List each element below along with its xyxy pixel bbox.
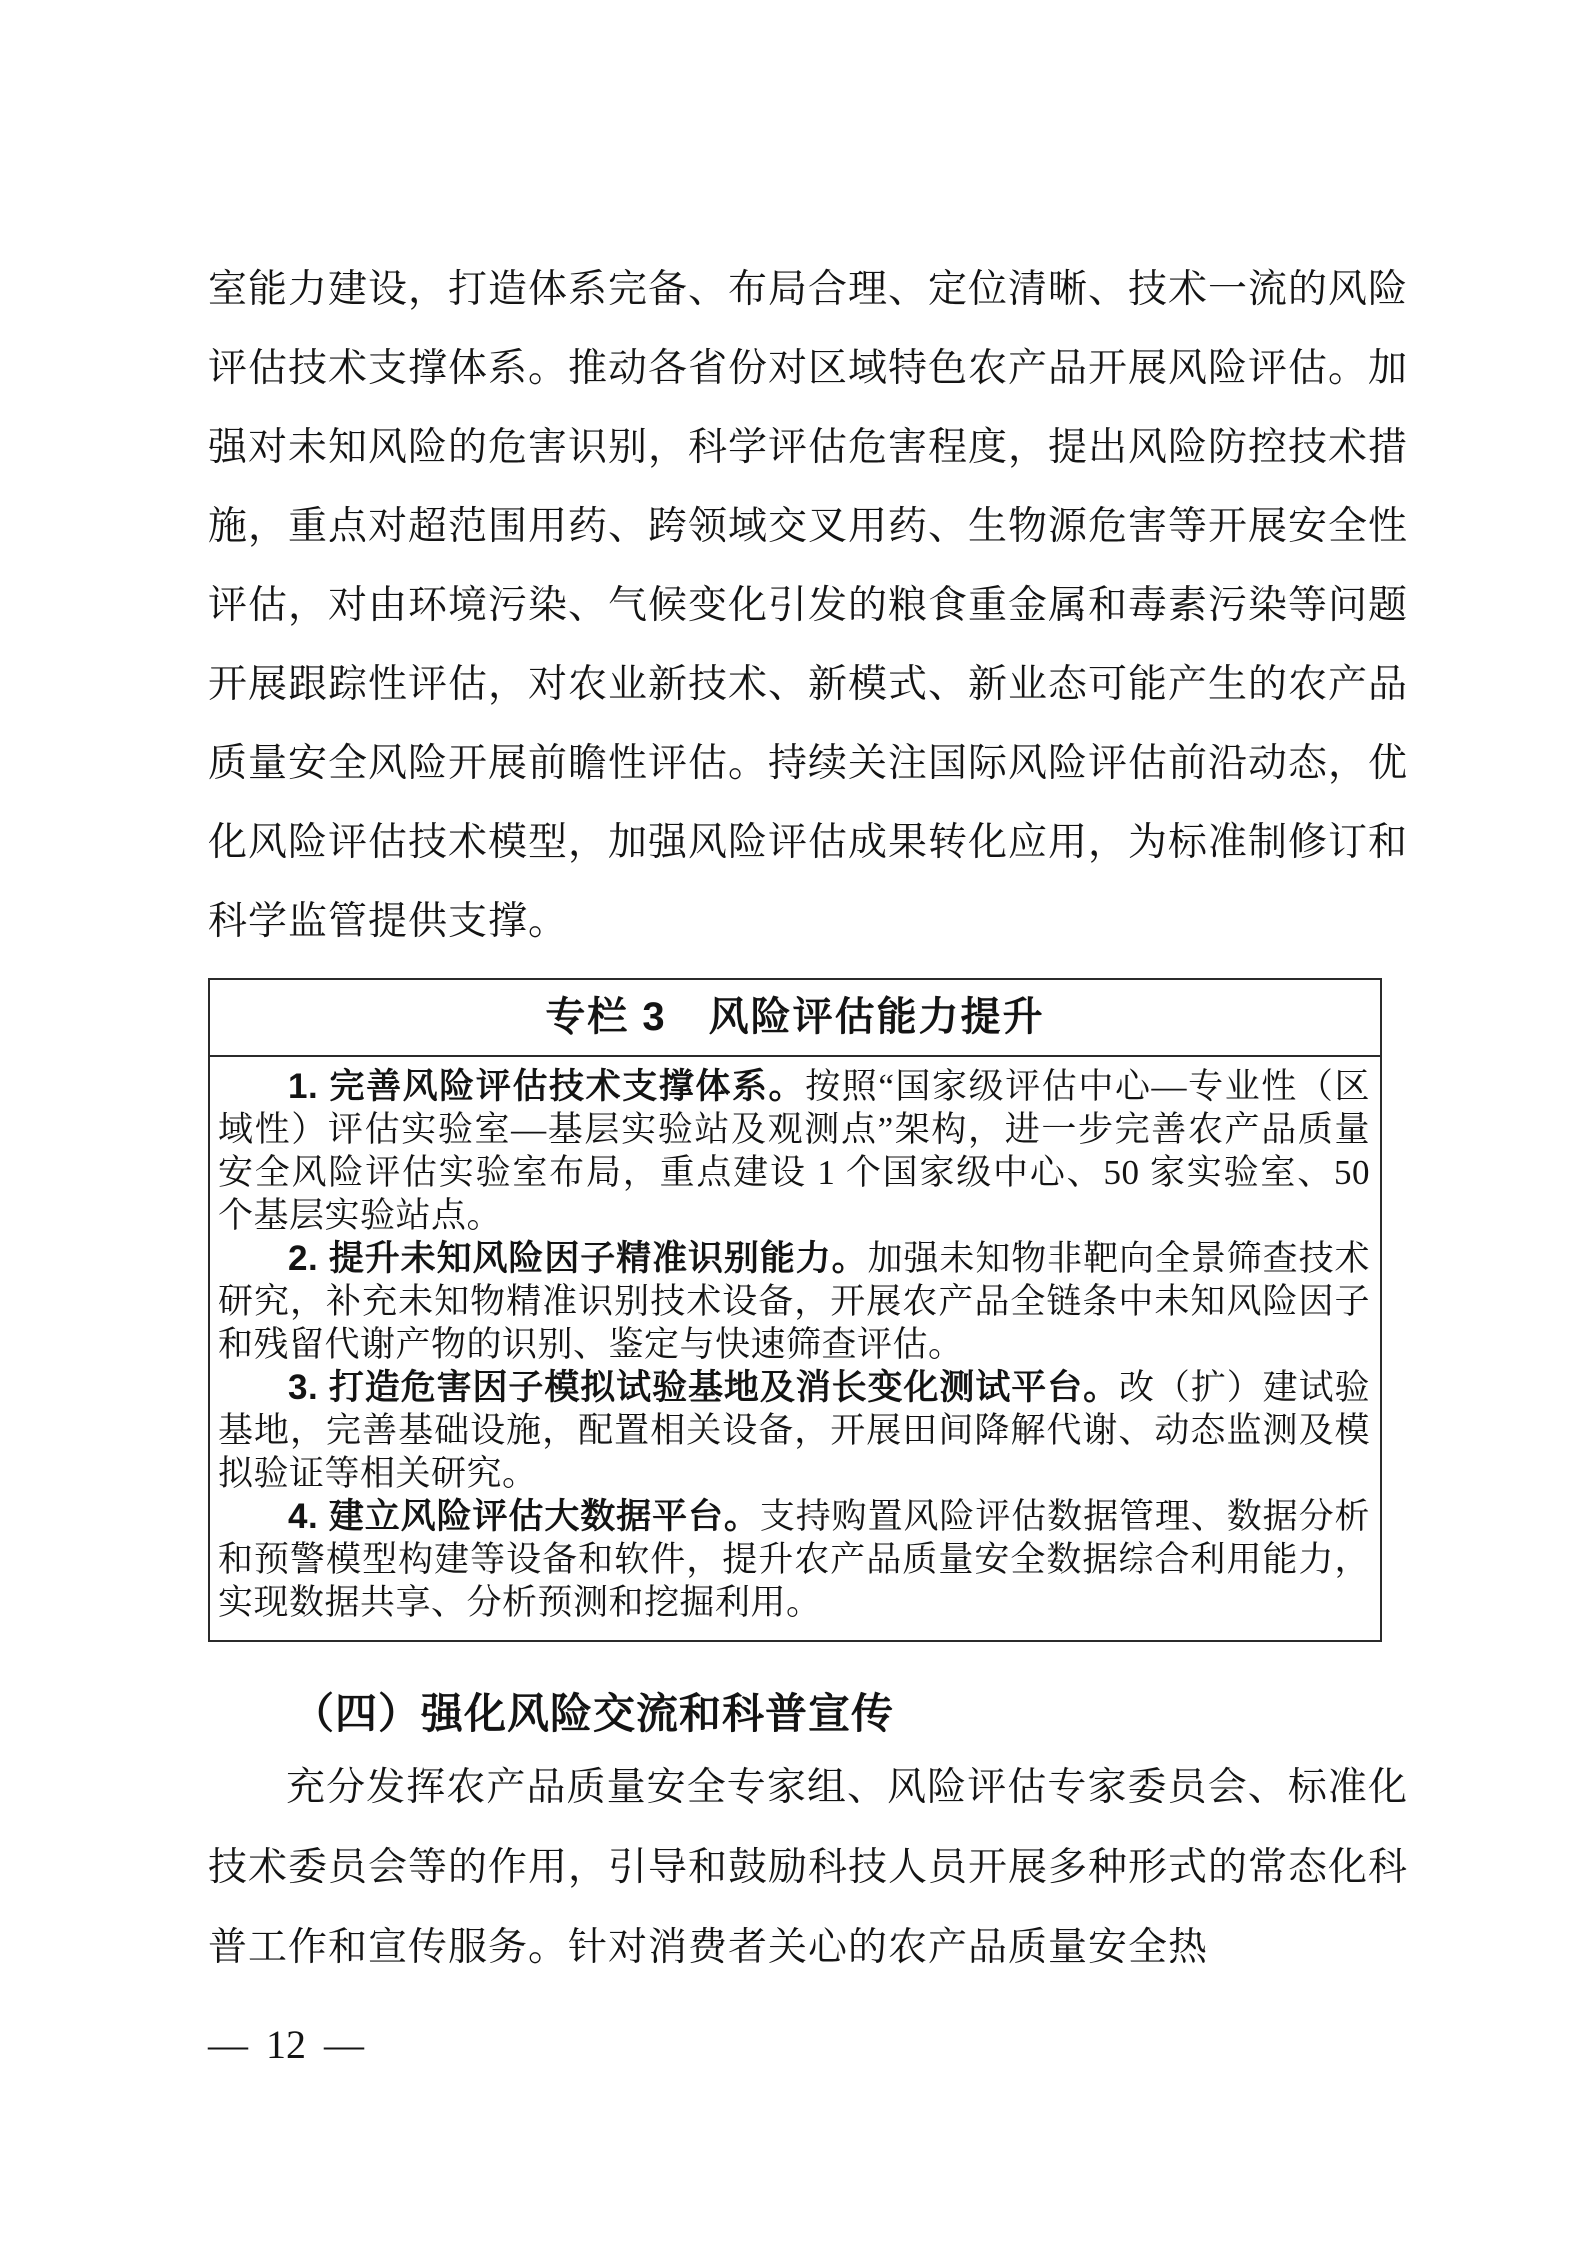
paragraph-risk-communication: 充分发挥农产品质量安全专家组、风险评估专家委员会、标准化技术委员会等的作用，引导… xyxy=(208,1748,1408,1988)
column-box-title: 专栏 3 风险评估能力提升 xyxy=(210,980,1380,1057)
panel-item-3: 3. 打造危害因子模拟试验基地及消长变化测试平台。改（扩）建试验基地，完善基础设… xyxy=(218,1366,1370,1495)
panel-item-4: 4. 建立风险评估大数据平台。支持购置风险评估数据管理、数据分析和预警模型构建等… xyxy=(218,1495,1370,1624)
section-heading-4: （四）强化风险交流和科普宣传 xyxy=(208,1686,1408,1744)
page-footer: — 12 — xyxy=(208,2022,364,2068)
column-box-body: 1. 完善风险评估技术支撑体系。按照“国家级评估中心—专业性（区域性）评估实验室… xyxy=(210,1057,1380,1640)
panel-item-1-lead: 1. 完善风险评估技术支撑体系。 xyxy=(288,1067,805,1106)
panel-item-2-lead: 2. 提升未知风险因子精准识别能力。 xyxy=(288,1239,868,1278)
page-number: 12 xyxy=(266,2022,306,2068)
document-page: 室能力建设，打造体系完备、布局合理、定位清晰、技术一流的风险评估技术支撑体系。推… xyxy=(0,0,1587,2245)
panel-item-3-lead: 3. 打造危害因子模拟试验基地及消长变化测试平台。 xyxy=(288,1368,1119,1407)
panel-item-1: 1. 完善风险评估技术支撑体系。按照“国家级评估中心—专业性（区域性）评估实验室… xyxy=(218,1065,1370,1237)
footer-right-dash: — xyxy=(324,2022,364,2068)
footer-left-dash: — xyxy=(208,2022,248,2068)
panel-item-2: 2. 提升未知风险因子精准识别能力。加强未知物非靶向全景筛查技术研究，补充未知物… xyxy=(218,1237,1370,1366)
column-box-3: 专栏 3 风险评估能力提升 1. 完善风险评估技术支撑体系。按照“国家级评估中心… xyxy=(208,978,1382,1642)
text-column: 室能力建设，打造体系完备、布局合理、定位清晰、技术一流的风险评估技术支撑体系。推… xyxy=(208,0,1408,1988)
panel-item-4-lead: 4. 建立风险评估大数据平台。 xyxy=(288,1497,760,1536)
paragraph-risk-assessment: 室能力建设，打造体系完备、布局合理、定位清晰、技术一流的风险评估技术支撑体系。推… xyxy=(208,250,1408,961)
